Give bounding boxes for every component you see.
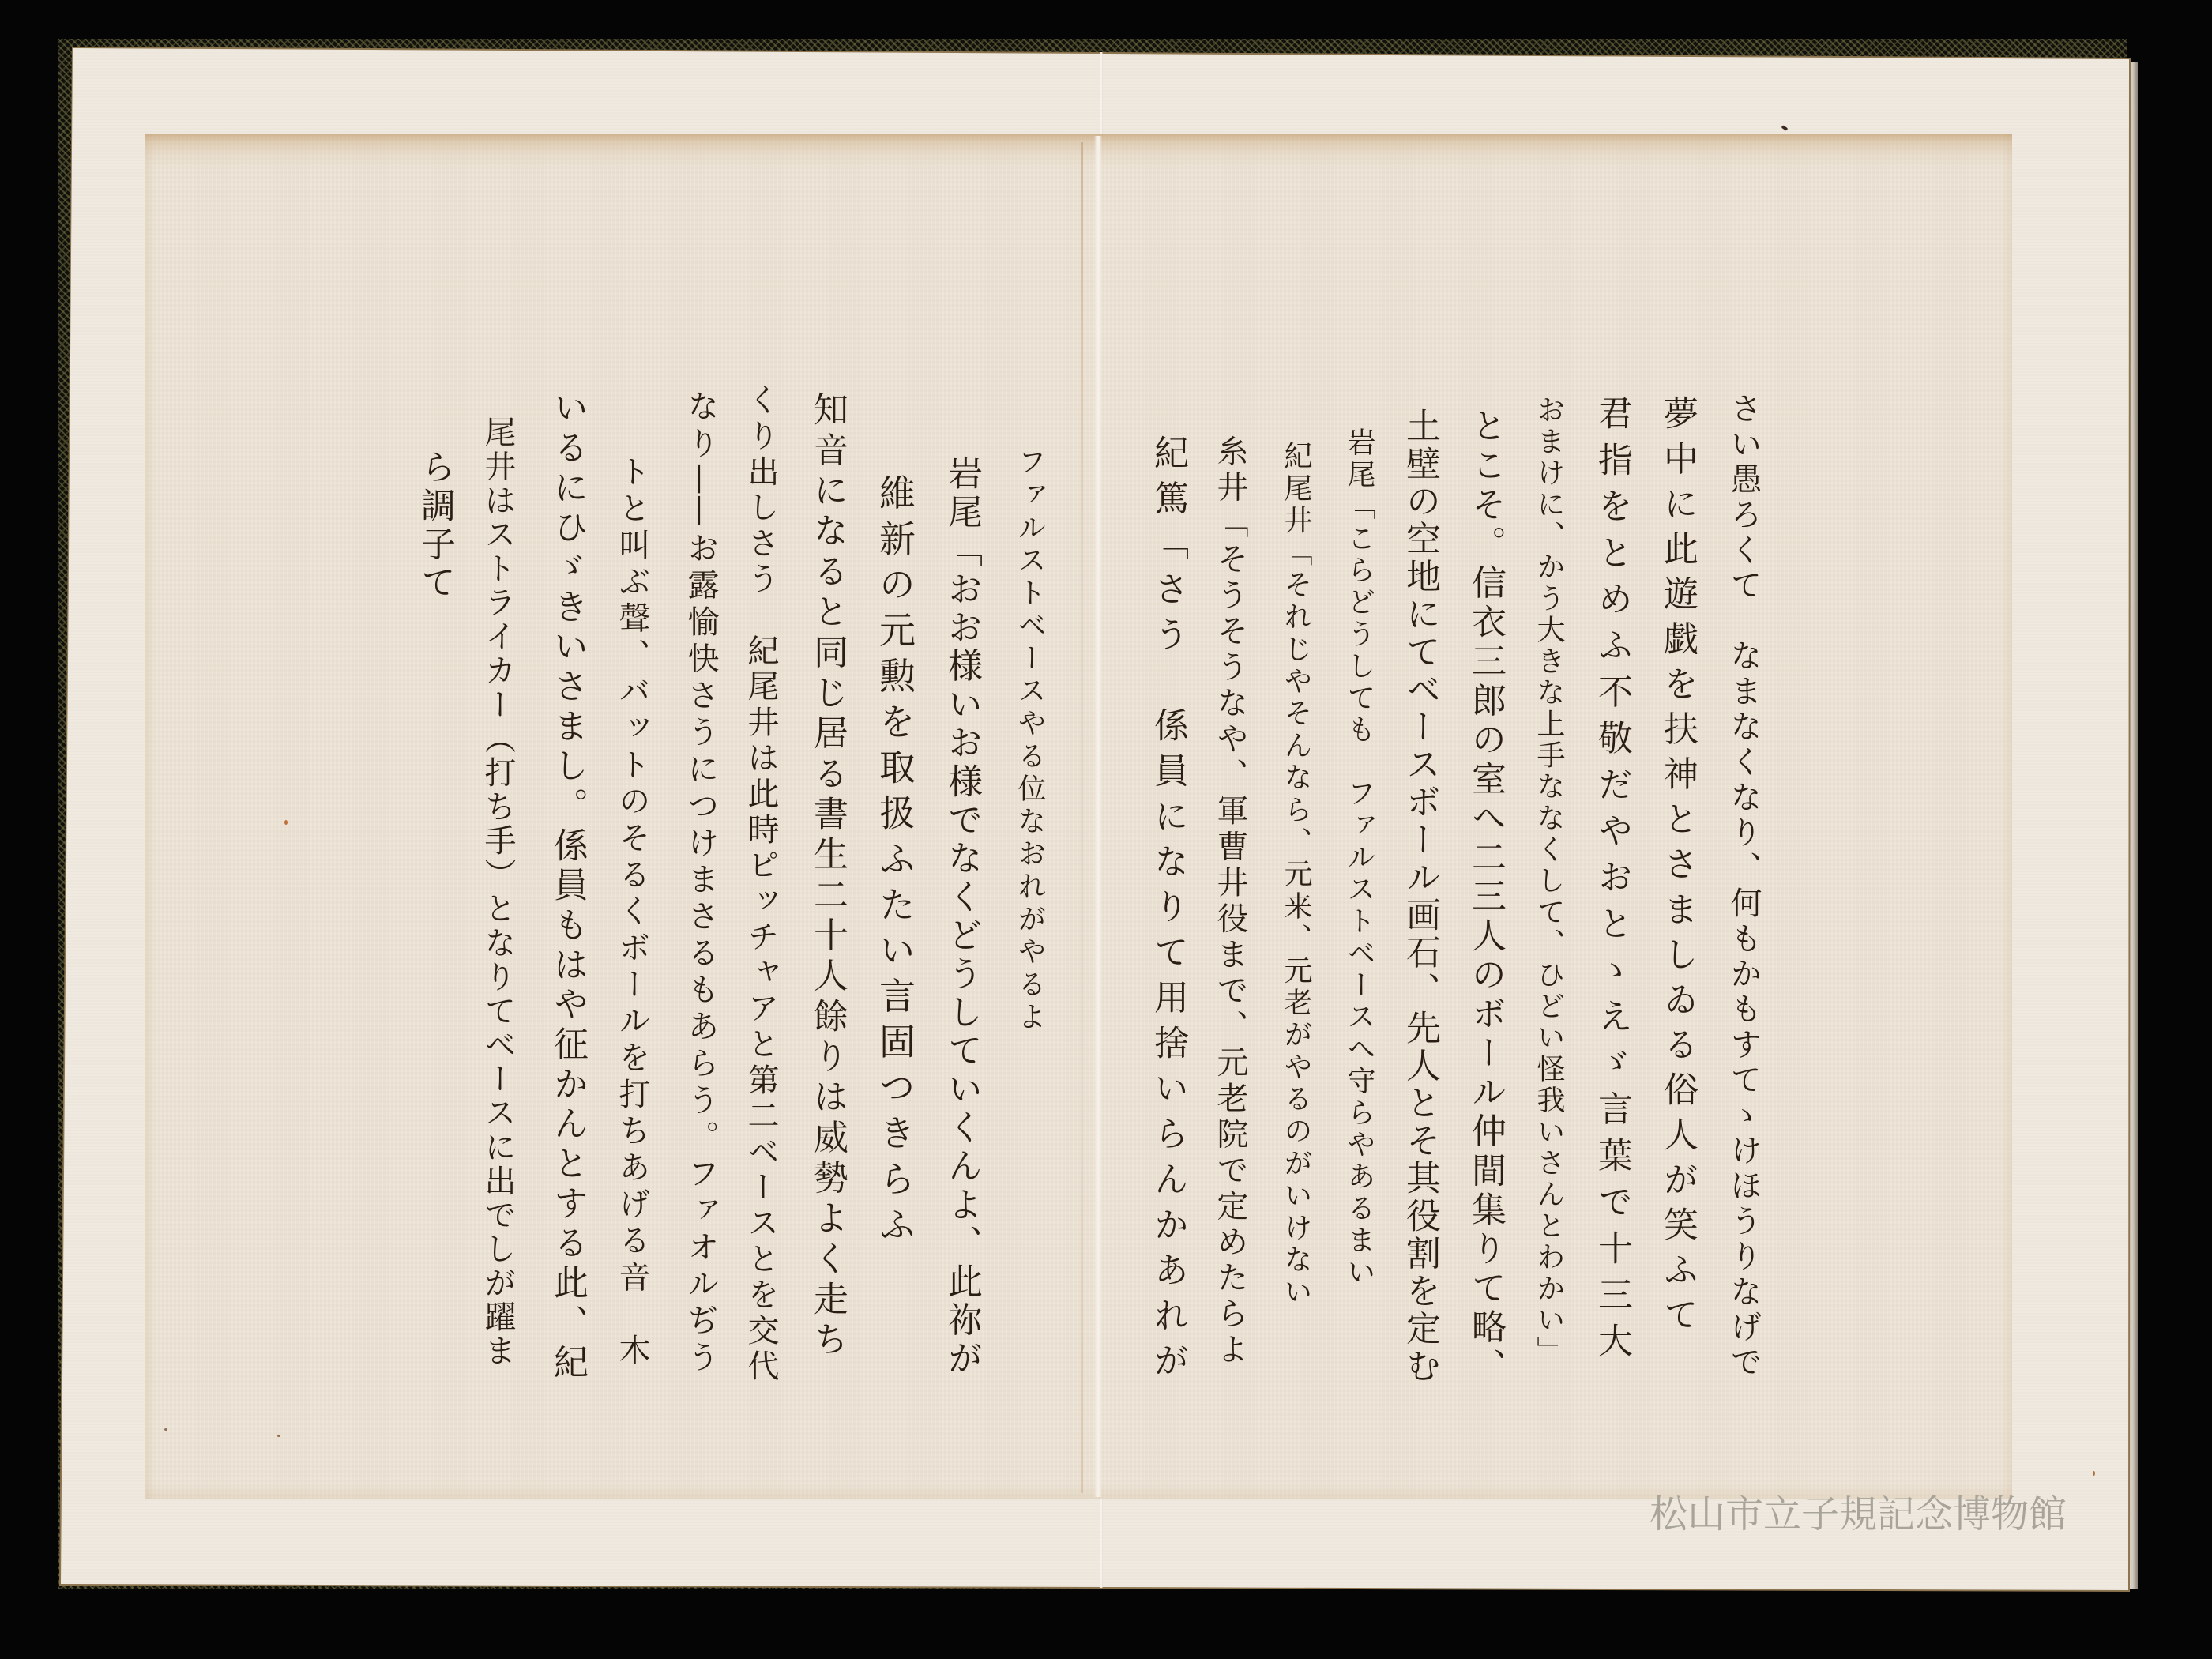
text-column: さい愚ろくて なまなくなり、何もかもすてゝけほうりなげで: [1720, 392, 1767, 1377]
paper-fold-line: [1094, 136, 1102, 1497]
text-column: 夢中に此遊戯を扶神とさましゐる俗人が笑ふて: [1653, 395, 1701, 1331]
museum-watermark: 松山市立子規記念博物館: [1650, 1491, 2067, 1538]
text-column: 尾井はストライカー（打ち手）となりてベースに出でしが躍ま: [474, 416, 521, 1366]
dialogue-column: ファルストベースやる位なおれがやるよ: [1006, 447, 1053, 1030]
text-column: くり出しさう 紀尾井は此時ピッチャアと第二ベースとを交代: [737, 383, 784, 1381]
text-column: とこそ。信衣三郎の室へ二三人のボール仲間集りて略、: [1461, 408, 1509, 1382]
dialogue-column: 紀尾井「それじやそんなら、元来、元老がやるのがいけない: [1272, 441, 1319, 1305]
dialogue-column: 紀篤「さう 係員になりて用捨いらんかあれが: [1144, 434, 1191, 1377]
paper-spot: [164, 1428, 167, 1431]
dialogue-column: 岩尾「おお様いお様でなくどうしていくんよ、此祢が: [938, 455, 985, 1375]
text-column: おまけに、かう大きな上手ななくして、ひどい怪我いさんとわかい」: [1525, 395, 1572, 1364]
paper-spot: [284, 820, 288, 825]
text-column: 土壁の空地にてベースボール画石、先人とそ其役割を定む: [1396, 408, 1443, 1382]
paper-spot: [277, 1435, 280, 1437]
dialogue-column: 岩尾「こらどうしても ファルストベースへ守らやあるまい: [1335, 427, 1382, 1285]
fold-stain: [1081, 142, 1083, 1493]
text-column: 知音になると同じ居る書生二十人餘りは威勢よく走ち: [803, 391, 851, 1356]
text-column: いるにひゞきいさまし。係員もはや征かんとする此、紀: [544, 389, 591, 1379]
text-column: トと叫ぶ聲、バットのそるくボールを打ちあげる音 木: [608, 455, 656, 1365]
text-column: ら調子て: [411, 449, 458, 599]
text-column: 君指をとめふ不敬だやおとゝえゞ言葉で十三大: [1588, 395, 1635, 1357]
dialogue-column: 糸井「そうそうなや、軍曹井役まで、元老院で定めたらよ: [1206, 434, 1254, 1364]
paper-spot: [2093, 1471, 2095, 1476]
text-column: なり——お露愉快さうにつけまさるもあらう。ファオルぢう: [677, 389, 724, 1372]
text-column: 維新の元勲を取扱ふたい言固つきらふ: [871, 474, 919, 1242]
